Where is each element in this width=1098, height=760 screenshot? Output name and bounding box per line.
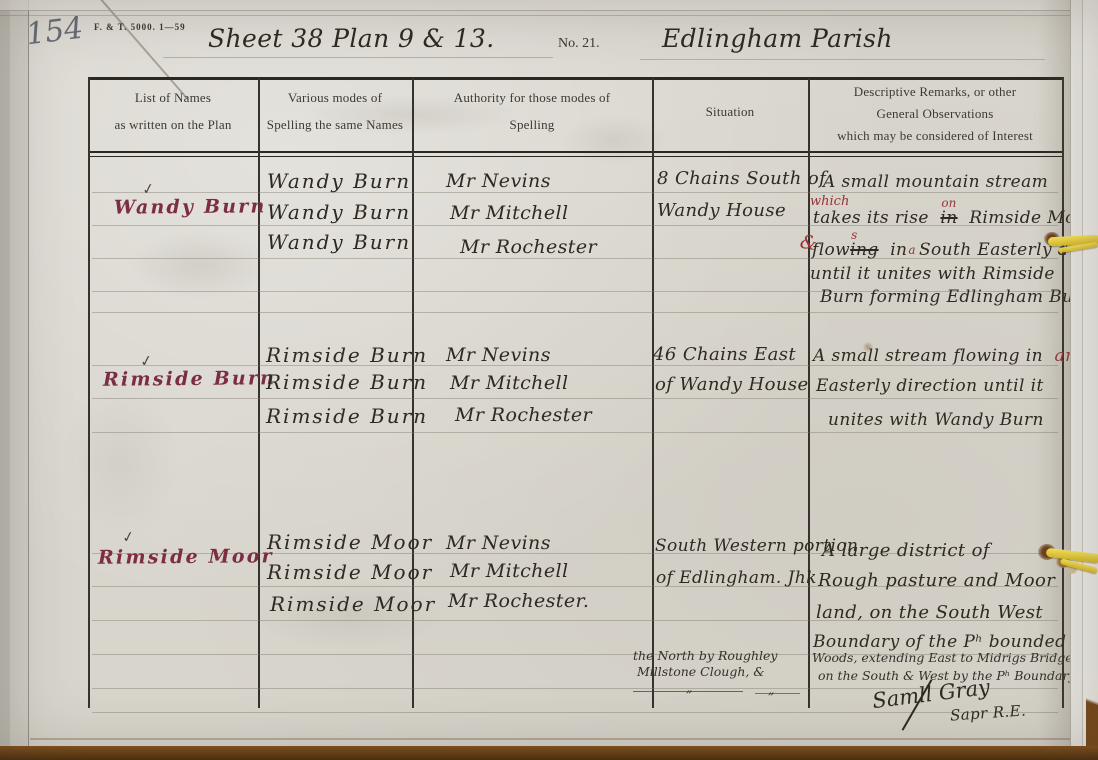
spelling-entry: Wandy Burn xyxy=(267,169,411,193)
situation-overflow-line: the North by Roughley xyxy=(633,648,777,663)
remarks-line: A large district of xyxy=(822,540,990,561)
page-number-pencil: 154 xyxy=(24,11,85,53)
authority-entry: Mr Nevins xyxy=(446,170,551,192)
authority-entry: Mr Mitchell xyxy=(450,560,568,582)
table-header-bottom-border-2 xyxy=(88,156,1064,157)
ditto-line xyxy=(755,693,800,694)
spelling-entry: Wandy Burn xyxy=(267,230,411,254)
desk-corner xyxy=(1086,676,1098,746)
struck-word: in xyxy=(940,208,957,228)
authority-entry: Mr Rochester xyxy=(460,236,597,258)
remarks-line: A small stream flowing in an xyxy=(813,346,1076,366)
spelling-entry: Wandy Burn xyxy=(267,200,411,224)
ruled-line xyxy=(92,192,1058,193)
name-entry-wandy-burn: Wandy Burn xyxy=(114,195,267,218)
remarks-line: Rough pasture and Moor xyxy=(818,570,1055,591)
column-header-authority: Authority for those modes of xyxy=(412,90,652,106)
table-header-bottom-border xyxy=(88,151,1064,153)
column-header-authority-2: Spelling xyxy=(412,117,652,133)
ditto-mark: „ xyxy=(686,680,692,695)
table-border-left xyxy=(88,78,90,708)
spelling-entry: Rimside Burn xyxy=(266,343,428,367)
table-top-border xyxy=(88,77,1064,80)
correction-group: inon xyxy=(940,208,957,228)
authority-entry: Mr Mitchell xyxy=(450,202,568,224)
column-header-remarks: Descriptive Remarks, or other xyxy=(808,84,1062,100)
remarks-text: A small stream flowing in xyxy=(813,346,1043,366)
remarks-line: land, on the South West xyxy=(816,602,1043,623)
red-correction: on xyxy=(941,196,956,210)
column-header-spelling: Various modes of xyxy=(258,90,412,106)
remarks-line: until it unites with Rimside xyxy=(810,264,1055,284)
remarks-line: Easterly direction until it xyxy=(816,376,1044,396)
left-page-edge-inner xyxy=(10,0,29,746)
table-border-col3 xyxy=(652,78,654,708)
column-header-remarks-3: which may be considered of Interest xyxy=(808,128,1062,144)
spelling-entry: Rimside Moor xyxy=(267,560,433,584)
top-page-edge-line xyxy=(0,15,1098,16)
paper-smudge xyxy=(130,230,270,300)
parish-title: Edlingham Parish xyxy=(662,24,893,53)
ruled-line xyxy=(92,312,1058,313)
situation-line: 46 Chains East xyxy=(653,344,796,365)
correction-group: ings xyxy=(850,240,878,260)
spelling-entry: Rimside Burn xyxy=(266,404,428,428)
authority-entry: Mr Rochester. xyxy=(448,590,589,612)
situation-line: 8 Chains South of xyxy=(657,168,826,189)
record-number: No. 21. xyxy=(558,36,600,52)
column-header-names: List of Names xyxy=(88,90,258,106)
sheet-plan-label: Sheet 38 Plan 9 & 13. xyxy=(208,24,495,53)
column-header-names-2: as written on the Plan xyxy=(88,117,258,133)
red-correction: s xyxy=(851,228,857,242)
spelling-entry: Rimside Burn xyxy=(266,370,428,394)
name-entry-rimside-moor: Rimside Moor xyxy=(98,545,274,569)
ruled-line xyxy=(92,432,1058,433)
situation-line: Wandy House xyxy=(657,200,786,221)
column-header-remarks-2: General Observations xyxy=(808,106,1062,122)
red-insertion: a xyxy=(908,243,915,257)
page-edge-shadow xyxy=(1038,0,1070,746)
authority-entry: Mr Rochester xyxy=(455,404,592,426)
header-underline xyxy=(163,57,553,58)
remarks-text: in xyxy=(890,240,907,260)
page-crease xyxy=(30,738,1070,740)
name-entry-rimside-burn: Rimside Burn xyxy=(103,367,276,391)
struck-word: ing xyxy=(850,240,878,260)
remarks-text: takes its rise xyxy=(813,208,929,228)
ditto-mark: „ xyxy=(768,682,774,697)
column-header-situation: Situation xyxy=(652,104,808,120)
situation-line: of Edlingham. Jhk xyxy=(656,568,817,588)
remarks-line: unites with Wandy Burn xyxy=(828,410,1044,430)
spelling-entry: Rimside Moor xyxy=(270,592,436,616)
ruled-line xyxy=(92,398,1058,399)
page-edge-strip-outer xyxy=(1082,0,1098,746)
ledger-photo: 154 F. & T. 5000. 1—59 Sheet 38 Plan 9 &… xyxy=(0,0,1098,760)
form-code: F. & T. 5000. 1—59 xyxy=(94,22,186,32)
situation-line: of Wandy House xyxy=(655,374,809,395)
column-header-spelling-2: Spelling the same Names xyxy=(258,117,412,133)
authority-entry: Mr Nevins xyxy=(446,344,551,366)
remarks-text: flow xyxy=(812,240,850,260)
header-underline xyxy=(640,59,1045,60)
top-page-edge xyxy=(0,0,1098,11)
paper-smudge xyxy=(60,380,180,540)
situation-overflow-line: Millstone Clough, & xyxy=(637,664,764,679)
red-insertion-which: which xyxy=(810,194,849,209)
spelling-entry: Rimside Moor xyxy=(267,530,433,554)
left-page-edge xyxy=(0,0,10,746)
authority-entry: Mr Nevins xyxy=(446,532,551,554)
remarks-line: A small mountain stream xyxy=(823,172,1048,192)
desk-surface xyxy=(0,746,1098,760)
authority-entry: Mr Mitchell xyxy=(450,372,568,394)
table-border-col1 xyxy=(258,78,260,708)
